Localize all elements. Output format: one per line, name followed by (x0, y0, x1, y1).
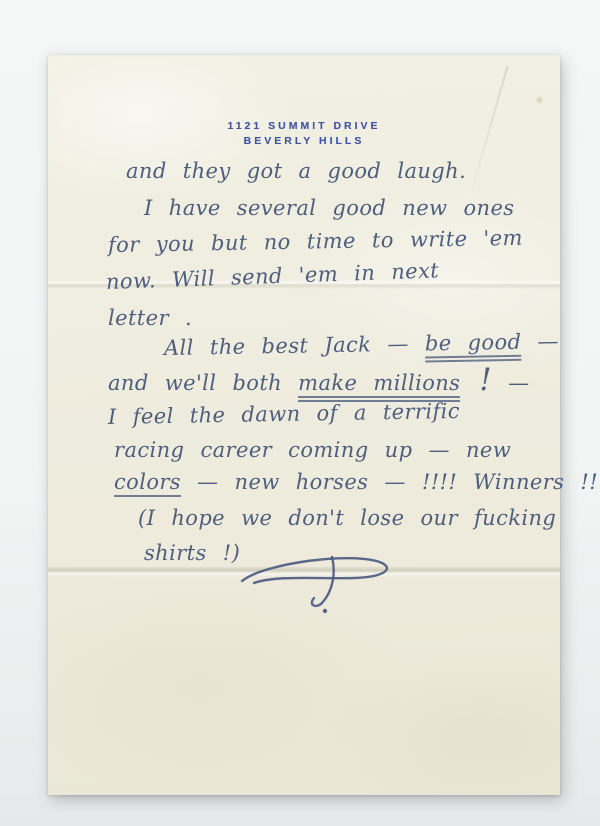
letter-text-segment: be good (425, 330, 522, 363)
letter-text-segment: I have several good new ones (144, 196, 514, 220)
letter-text-segment: and we'll both (108, 371, 298, 395)
letter-paper: 1121 SUMMIT DRIVE BEVERLY HILLS and they… (48, 55, 560, 795)
letter-text-segment: for you but no time to write 'em (108, 226, 523, 257)
letter-text-segment: racing career coming up — new (114, 438, 511, 462)
letter-line-8: racing career coming up — new (114, 438, 511, 462)
letter-text-segment: — (492, 371, 529, 395)
letter-line-1: I have several good new ones (144, 196, 514, 220)
letter-text-segment: — (521, 329, 559, 354)
letter-text-segment: colors (114, 470, 181, 497)
letter-text-segment: — new horses — !!!! Winners !! (181, 470, 598, 494)
letter-line-0: and they got a good laugh. (126, 159, 466, 183)
letter-text-segment: and they got a good laugh. (126, 159, 466, 183)
letter-text-segment: letter . (108, 306, 192, 330)
letter-line-10: (I hope we don't lose our fucking (138, 506, 556, 530)
letter-body: and they got a good laugh.I have several… (48, 55, 560, 795)
scan-background: 1121 SUMMIT DRIVE BEVERLY HILLS and they… (0, 0, 600, 826)
letter-text-segment: now. Will send 'em in next (106, 258, 440, 294)
letter-text-segment: shirts !) (144, 541, 240, 565)
letter-line-3: now. Will send 'em in next (106, 258, 440, 294)
letter-text-segment: All the best Jack — (164, 331, 425, 360)
letter-line-6: and we'll both make millions ! — (108, 371, 530, 395)
letter-line-4: letter . (108, 306, 192, 330)
signature-flourish (236, 547, 406, 619)
letter-line-5: All the best Jack — be good — (164, 329, 559, 360)
letter-text-segment: ! (460, 363, 492, 398)
letter-line-9: colors — new horses — !!!! Winners !! (114, 470, 598, 494)
letter-text-segment: I feel the dawn of a terrific (108, 399, 460, 429)
letter-text-segment: make millions (298, 371, 460, 402)
letter-text-segment: (I hope we don't lose our fucking (138, 506, 556, 530)
letter-line-2: for you but no time to write 'em (108, 226, 523, 257)
letter-line-7: I feel the dawn of a terrific (108, 399, 460, 429)
letter-line-11: shirts !) (144, 541, 240, 565)
